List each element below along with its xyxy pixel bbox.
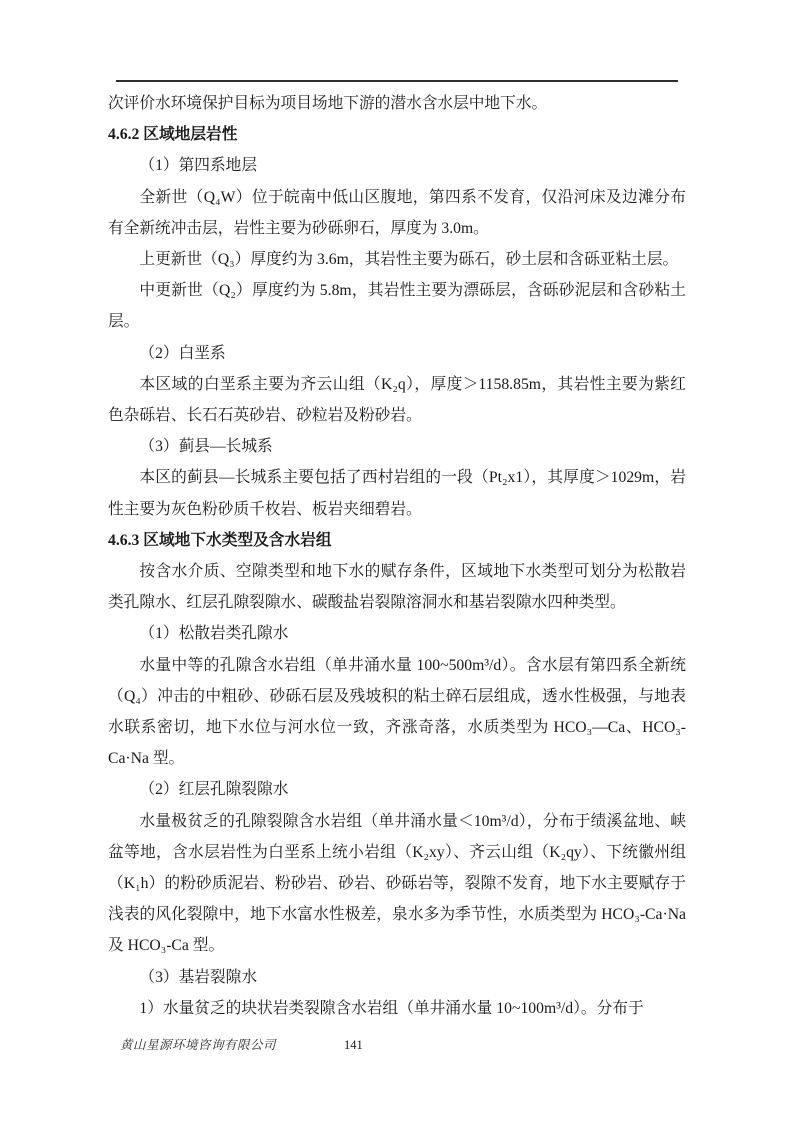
body-paragraph: 水量中等的孔隙含水岩组（单井涌水量 100~500m³/d）。含水层有第四系全新… xyxy=(108,650,686,775)
footer-company-name: 黄山星源环境咨询有限公司 xyxy=(120,1036,276,1054)
section-heading: 4.6.3 区域地下水类型及含水岩组 xyxy=(108,525,686,556)
body-paragraph: （2）红层孔隙裂隙水 xyxy=(108,774,686,805)
body-paragraph: （3）蓟县—长城系 xyxy=(108,431,686,462)
document-page: 次评价水环境保护目标为项目场地下游的潜水含水层中地下水。4.6.2 区域地层岩性… xyxy=(0,0,793,1122)
body-paragraph: （2）白垩系 xyxy=(108,338,686,369)
footer-page-number: 141 xyxy=(344,1036,363,1054)
body-paragraph: 本区的蓟县—长城系主要包括了西村岩组的一段（Pt₂x1），其厚度＞1029m，岩… xyxy=(108,462,686,524)
body-paragraph: 上更新世（Q₃）厚度约为 3.6m，其岩性主要为砾石，砂土层和含砾亚粘土层。 xyxy=(108,244,686,275)
body-paragraph: 全新世（Q₄W）位于皖南中低山区腹地，第四系不发育，仅沿河床及边滩分布有全新统冲… xyxy=(108,182,686,244)
page-footer: 黄山星源环境咨询有限公司 141 xyxy=(0,1036,793,1060)
body-paragraph: （1）松散岩类孔隙水 xyxy=(108,618,686,649)
document-body: 次评价水环境保护目标为项目场地下游的潜水含水层中地下水。4.6.2 区域地层岩性… xyxy=(108,88,686,1024)
body-paragraph: （3）基岩裂隙水 xyxy=(108,962,686,993)
body-paragraph: 1）水量贫乏的块状岩类裂隙含水岩组（单井涌水量 10~100m³/d）。分布于 xyxy=(108,993,686,1024)
section-heading: 4.6.2 区域地层岩性 xyxy=(108,119,686,150)
body-paragraph: 本区域的白垩系主要为齐云山组（K₂q），厚度＞1158.85m，其岩性主要为紫红… xyxy=(108,369,686,431)
body-paragraph: （1）第四系地层 xyxy=(108,150,686,181)
body-paragraph: 次评价水环境保护目标为项目场地下游的潜水含水层中地下水。 xyxy=(108,88,686,119)
body-paragraph: 水量极贫乏的孔隙裂隙含水岩组（单井涌水量＜10m³/d），分布于绩溪盆地、峡盆等… xyxy=(108,806,686,962)
header-divider xyxy=(116,80,678,82)
body-paragraph: 按含水介质、空隙类型和地下水的赋存条件，区域地下水类型可划分为松散岩类孔隙水、红… xyxy=(108,556,686,618)
body-paragraph: 中更新世（Q₂）厚度约为 5.8m，其岩性主要为漂砾层，含砾砂泥层和含砂粘土层。 xyxy=(108,275,686,337)
